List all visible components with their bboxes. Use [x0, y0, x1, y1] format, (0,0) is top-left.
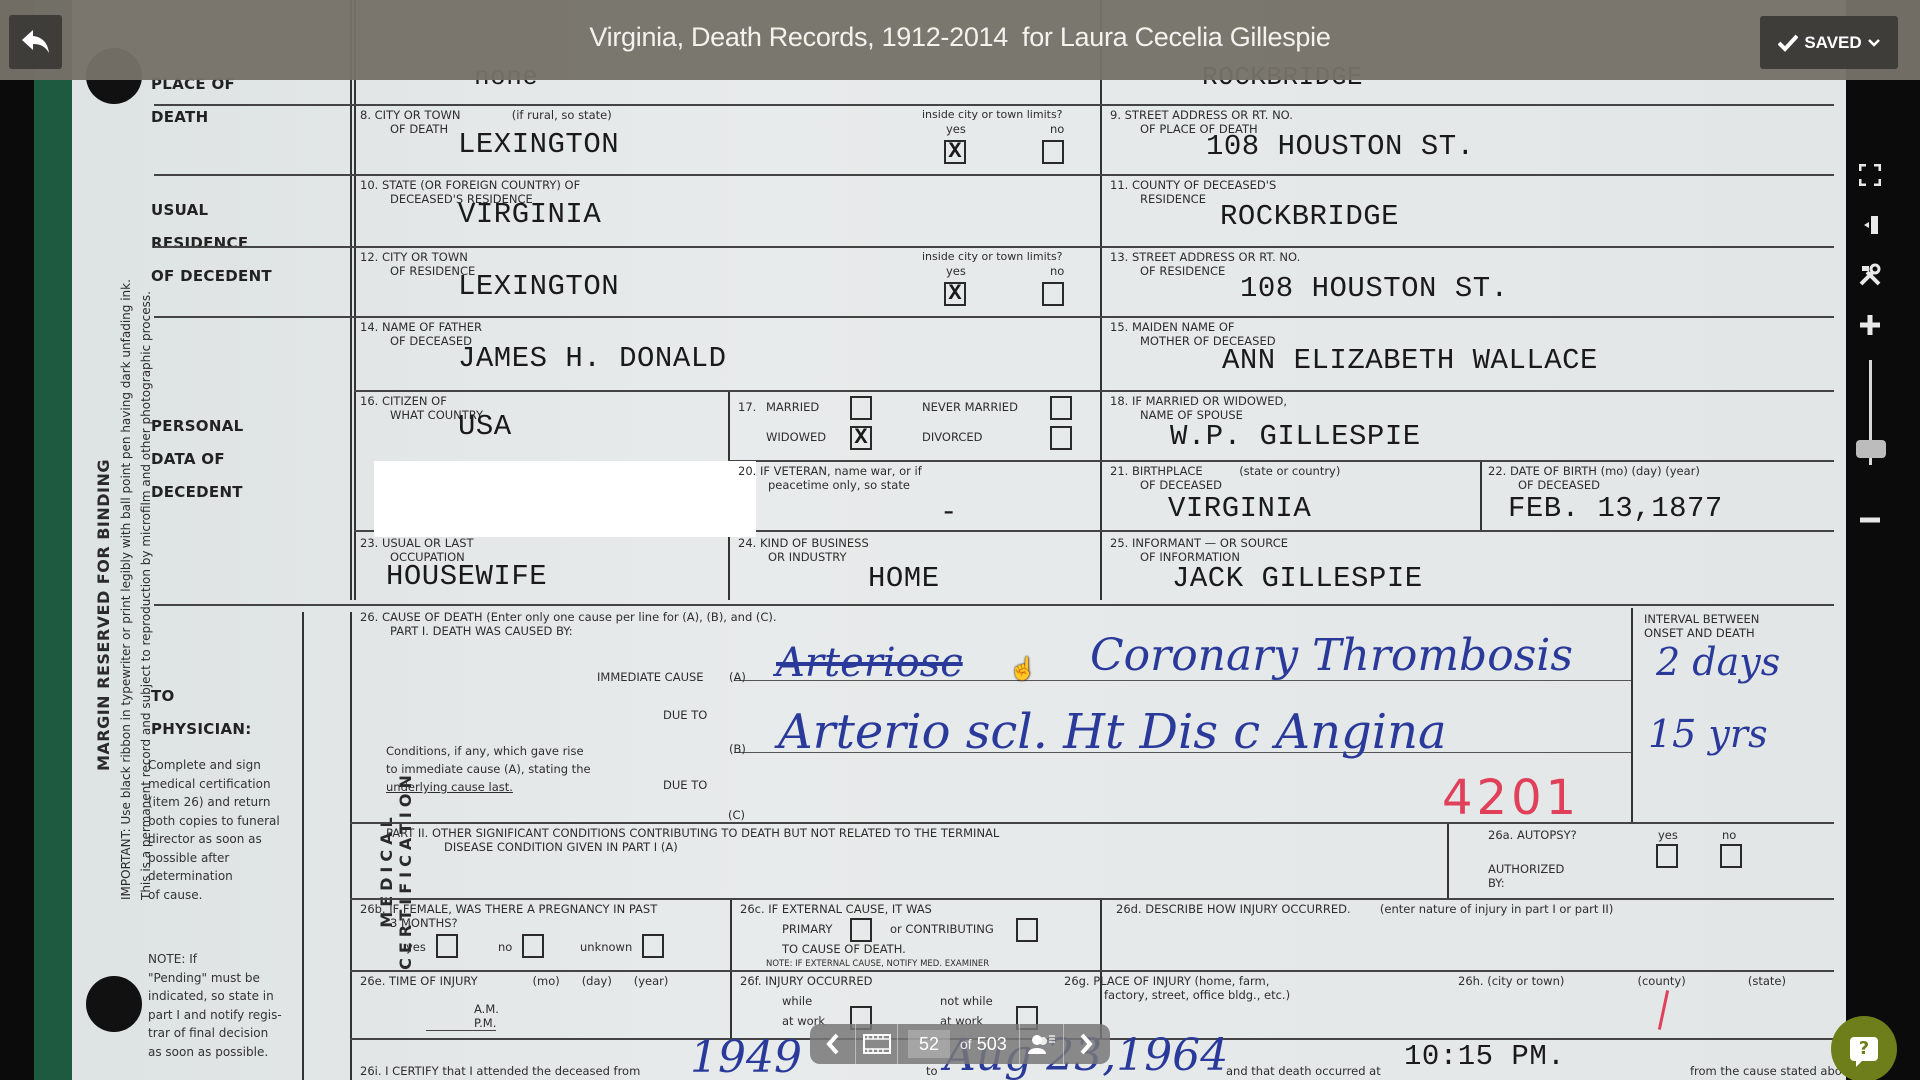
married-checkbox[interactable] [850, 396, 872, 420]
redacted-block [374, 461, 756, 537]
divider [1447, 822, 1449, 898]
field-12-no-checkbox[interactable] [1042, 282, 1064, 306]
physician-instructions: Complete and sign medical certification … [148, 756, 280, 904]
conditions-text: Conditions, if any, which gave rise to i… [386, 742, 591, 796]
binding-edge [34, 0, 72, 1080]
cause-a-marker: (A) [729, 670, 746, 684]
hand-cursor-icon: ☝ [1009, 656, 1036, 682]
field-10-value: VIRGINIA [458, 198, 601, 231]
saved-label: SAVED [1804, 33, 1861, 53]
widowed-checkbox[interactable]: X [850, 426, 872, 450]
red-mark [1658, 990, 1669, 1030]
unknown-label: unknown [580, 940, 632, 954]
pregnancy-yes-checkbox[interactable] [436, 934, 458, 958]
pregnancy-unknown-checkbox[interactable] [642, 934, 664, 958]
cause-a-struck-text: Arteriosc [776, 640, 963, 686]
divider [302, 612, 304, 1080]
field-21-value: VIRGINIA [1168, 492, 1311, 525]
divider [154, 604, 1834, 606]
field-13-value: 108 HOUSTON ST. [1240, 272, 1509, 305]
for-label: for [1022, 22, 1053, 52]
cause-c-marker: (C) [728, 808, 745, 822]
primary-checkbox[interactable] [850, 918, 872, 942]
field-12-value: LEXINGTON [458, 270, 619, 303]
attended-from-value: 1949 [690, 1032, 802, 1080]
cause-b-value: Arterio scl. Ht Dis c Angina [778, 704, 1447, 760]
field-20-value: - [940, 496, 958, 529]
field-26e-label: 26e. TIME OF INJURY (mo) (day) (year) [360, 974, 668, 988]
not-while-label: not while [940, 994, 993, 1008]
field-25-value: JACK GILLESPIE [1172, 562, 1423, 595]
to-label: to [926, 1064, 938, 1078]
zoom-out-button[interactable] [1846, 495, 1894, 545]
to-cause-label: TO CAUSE OF DEATH. [782, 942, 906, 956]
field-22-value: FEB. 13,1877 [1508, 492, 1723, 525]
section-usual-residence: USUAL RESIDENCE OF DECEDENT [151, 194, 272, 293]
divider [154, 316, 1834, 318]
pm-line: P.M. [426, 1016, 496, 1031]
field-26i-label: 26i. I CERTIFY that I attended the decea… [360, 1064, 640, 1078]
due-to-label: DUE TO [663, 778, 707, 792]
of-label: of [960, 1036, 972, 1052]
field-12-yes-checkbox[interactable]: X [944, 282, 966, 306]
married-label: MARRIED [766, 400, 819, 414]
people-list-icon [1028, 1033, 1056, 1055]
am-label: A.M. [474, 1002, 499, 1016]
field-12-limits-label: inside city or town limits? [922, 250, 1063, 264]
field-8-no-checkbox[interactable] [1042, 140, 1064, 164]
fullscreen-icon [1859, 164, 1881, 186]
divider [1100, 898, 1102, 1038]
divider [1100, 0, 1102, 600]
never-married-checkbox[interactable] [1050, 396, 1072, 420]
while-label: while [782, 994, 812, 1008]
divider [154, 246, 1834, 248]
death-certificate-image[interactable]: MARGIN RESERVED FOR BINDING IMPORTANT: U… [34, 0, 1846, 1080]
field-15-value: ANN ELIZABETH WALLACE [1222, 344, 1598, 377]
wrench-hammer-icon [1858, 263, 1882, 287]
binding-hole [86, 976, 142, 1032]
minus-icon [1858, 508, 1882, 532]
tools-button[interactable] [1846, 250, 1894, 300]
due-to-label: DUE TO [663, 708, 707, 722]
field-26b-label: 26b. IF FEMALE, WAS THERE A PREGNANCY IN… [360, 902, 657, 930]
cause-b-marker: (B) [729, 742, 746, 756]
toggle-panel-button[interactable] [1846, 200, 1894, 250]
record-header-bar: Virginia, Death Records, 1912-2014for La… [0, 0, 1920, 80]
help-chat-icon: ? [1850, 1037, 1878, 1061]
next-image-button[interactable] [1064, 1024, 1108, 1064]
divider [730, 898, 732, 1038]
filmstrip-button[interactable] [856, 1024, 898, 1064]
yes-label: yes [946, 122, 966, 136]
field-21-label: 21. BIRTHPLACE (state or country) OF DEC… [1110, 464, 1340, 492]
zoom-slider[interactable] [1846, 350, 1894, 495]
field-8-limits-label: inside city or town limits? [922, 108, 1063, 122]
divider [354, 390, 1834, 392]
chevron-left-icon [826, 1033, 840, 1055]
cause-b-interval: 15 yrs [1648, 712, 1768, 756]
field-20-label: 20. IF VETERAN, name war, or if peacetim… [738, 464, 922, 492]
autopsy-no-checkbox[interactable] [1720, 844, 1742, 868]
panel-collapse-icon [1859, 214, 1881, 236]
widowed-label: WIDOWED [766, 430, 826, 444]
person-name: Laura Cecelia Gillespie [1060, 22, 1331, 52]
immediate-cause-label: IMMEDIATE CAUSE [597, 670, 704, 684]
field-9-value: 108 HOUSTON ST. [1206, 130, 1475, 163]
pending-note: NOTE: If "Pending" must be indicated, so… [148, 950, 282, 1061]
field-8-yes-checkbox[interactable]: X [944, 140, 966, 164]
page-number-input[interactable]: 52 [908, 1030, 950, 1058]
cause-a-value: Coronary Thrombosis [1090, 630, 1573, 681]
fullscreen-button[interactable] [1846, 150, 1894, 200]
yes-label: yes [946, 264, 966, 278]
field-26f-label: 26f. INJURY OCCURRED [740, 974, 873, 988]
saved-dropdown-button[interactable]: SAVED [1760, 16, 1898, 69]
divider [1631, 608, 1633, 823]
contributing-label: or CONTRIBUTING [890, 922, 994, 936]
pregnancy-no-checkbox[interactable] [522, 934, 544, 958]
no-label: no [1050, 264, 1064, 278]
document-viewer[interactable]: MARGIN RESERVED FOR BINDING IMPORTANT: U… [0, 0, 1920, 1080]
section-to-physician: TO PHYSICIAN: [151, 680, 252, 746]
field-22-label: 22. DATE OF BIRTH (mo) (day) (year) OF D… [1488, 464, 1700, 492]
red-code: 4201 [1442, 770, 1580, 826]
image-pager: 52 of 503 [810, 1024, 1110, 1064]
field-11-value: ROCKBRIDGE [1220, 200, 1399, 233]
image-toolbar [1846, 150, 1896, 545]
yes-label: yes [1658, 828, 1678, 842]
field-24-value: HOME [868, 562, 940, 595]
previous-image-button[interactable] [810, 1024, 856, 1064]
field-25-label: 25. INFORMANT — OR SOURCE OF INFORMATION [1110, 536, 1288, 564]
part-2-label: PART II. OTHER SIGNIFICANT CONDITIONS CO… [386, 826, 999, 854]
page-title: Virginia, Death Records, 1912-2014for La… [0, 22, 1920, 53]
index-people-button[interactable] [1020, 1024, 1064, 1064]
collection-title: Virginia, Death Records, 1912-2014 [589, 22, 1008, 52]
divider [350, 0, 352, 600]
contributing-checkbox[interactable] [1016, 918, 1038, 942]
chevron-down-icon [1868, 39, 1880, 47]
zoom-slider-thumb[interactable] [1856, 440, 1886, 458]
autopsy-label: 26a. AUTOPSY? [1488, 828, 1577, 842]
divider [354, 0, 356, 600]
zoom-in-button[interactable] [1846, 300, 1894, 350]
section-personal-data: PERSONAL DATA OF DECEDENT [151, 410, 243, 509]
field-24-label: 24. KIND OF BUSINESS OR INDUSTRY [738, 536, 869, 564]
divider [154, 104, 1834, 106]
from-cause-label: from the cause stated above [1690, 1064, 1846, 1078]
divider [350, 822, 1834, 824]
autopsy-yes-checkbox[interactable] [1656, 844, 1678, 868]
divider [350, 612, 352, 1080]
divorced-checkbox[interactable] [1050, 426, 1072, 450]
field-18-value: W.P. GILLESPIE [1170, 420, 1421, 453]
field-26-label: 26. CAUSE OF DEATH (Enter only one cause… [360, 610, 777, 638]
divider [350, 970, 1834, 972]
checkmark-icon [1778, 34, 1798, 52]
yes-label: yes [406, 940, 426, 954]
divider [154, 174, 1834, 176]
help-button[interactable]: ? [1831, 1016, 1897, 1080]
field-8-value: LEXINGTON [458, 128, 619, 161]
never-married-label: NEVER MARRIED [922, 400, 1018, 414]
divider [1480, 460, 1482, 530]
no-label: no [1722, 828, 1736, 842]
cause-a-interval: 2 days [1656, 640, 1780, 684]
field-26g-label: 26g. PLACE OF INJURY (home, farm, factor… [1064, 974, 1290, 1002]
field-23-value: HOUSEWIFE [386, 560, 547, 593]
field-26h-label: 26h. (city or town) (county) (state) [1458, 974, 1786, 988]
divider [728, 460, 1834, 462]
authorized-label: AUTHORIZED BY: [1488, 862, 1564, 890]
chevron-right-icon [1079, 1033, 1093, 1055]
page-indicator: 52 of 503 [898, 1024, 1020, 1064]
divorced-label: DIVORCED [922, 430, 983, 444]
no-label: no [1050, 122, 1064, 136]
primary-label: PRIMARY [782, 922, 832, 936]
plus-icon [1858, 313, 1882, 337]
no-label: no [498, 940, 512, 954]
field-17-number: 17. [738, 400, 756, 414]
total-pages: 503 [977, 1034, 1007, 1055]
divider [350, 898, 1834, 900]
interval-label: INTERVAL BETWEEN ONSET AND DEATH [1644, 612, 1759, 640]
field-18-label: 18. IF MARRIED OR WIDOWED, NAME OF SPOUS… [1110, 394, 1287, 422]
field-26d-label: 26d. DESCRIBE HOW INJURY OCCURRED. (ente… [1116, 902, 1613, 916]
field-26c-label: 26c. IF EXTERNAL CAUSE, IT WAS [740, 902, 932, 916]
filmstrip-icon [863, 1034, 891, 1054]
death-time-value: 10:15 PM. [1404, 1040, 1565, 1073]
field-14-value: JAMES H. DONALD [458, 342, 727, 375]
external-cause-note: NOTE: IF EXTERNAL CAUSE, NOTIFY MED. EXA… [766, 957, 989, 971]
field-16-value: USA [458, 410, 512, 443]
death-occurred-label: and that death occurred at [1226, 1064, 1381, 1078]
